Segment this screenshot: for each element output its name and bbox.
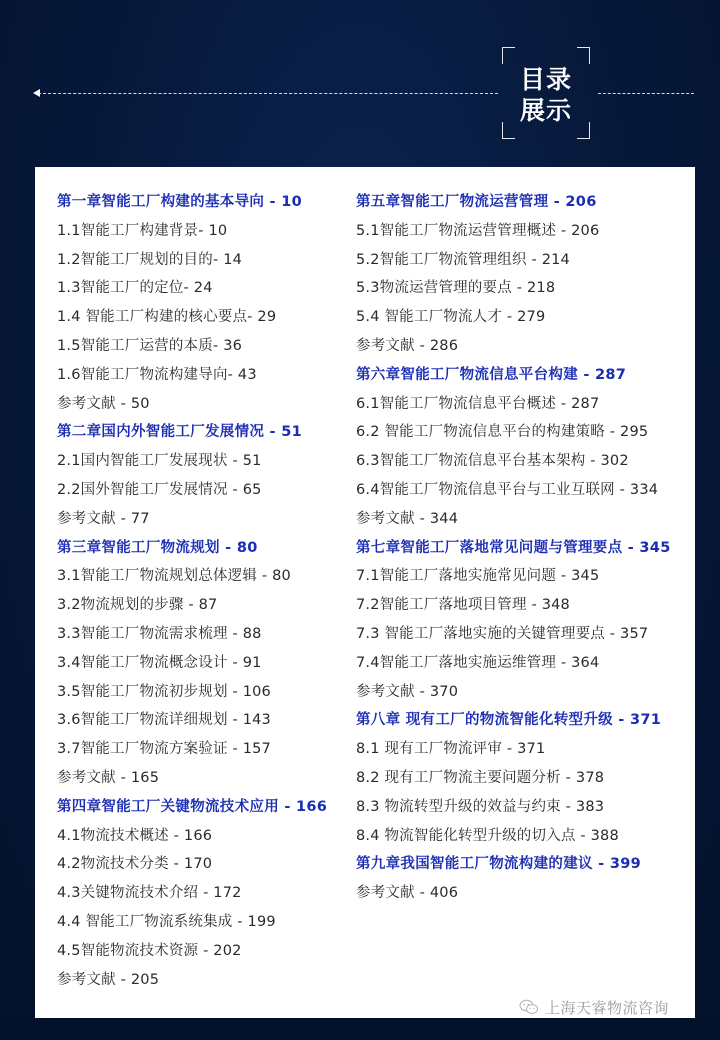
toc-section-item: 5.1智能工厂物流运营管理概述 - 206: [356, 217, 691, 246]
toc-section-item: 4.5智能物流技术资源 - 202: [57, 937, 357, 966]
toc-section-item: 3.3智能工厂物流需求梳理 - 88: [57, 620, 357, 649]
toc-section-item: 6.2 智能工厂物流信息平台的构建策略 - 295: [356, 418, 691, 447]
toc-section-item: 8.3 物流转型升级的效益与约束 - 383: [356, 793, 691, 822]
toc-chapter-heading: 第八章 现有工厂的物流智能化转型升级 - 371: [356, 706, 691, 735]
toc-section-item: 4.3关键物流技术介绍 - 172: [57, 879, 357, 908]
toc-section-item: 参考文献 - 205: [57, 966, 357, 995]
toc-section-item: 7.2智能工厂落地项目管理 - 348: [356, 591, 691, 620]
toc-section-item: 4.2物流技术分类 - 170: [57, 850, 357, 879]
toc-chapter-heading: 第六章智能工厂物流信息平台构建 - 287: [356, 361, 691, 390]
bracket-corner-icon: [577, 47, 590, 64]
toc-section-item: 5.4 智能工厂物流人才 - 279: [356, 303, 691, 332]
toc-section-item: 4.1物流技术概述 - 166: [57, 822, 357, 851]
toc-section-item: 8.4 物流智能化转型升级的切入点 - 388: [356, 822, 691, 851]
header: 目录 展示: [0, 0, 720, 167]
toc-section-item: 3.2物流规划的步骤 - 87: [57, 591, 357, 620]
toc-right-column: 第五章智能工厂物流运营管理 - 2065.1智能工厂物流运营管理概述 - 206…: [356, 188, 691, 908]
toc-section-item: 5.3物流运营管理的要点 - 218: [356, 274, 691, 303]
toc-section-item: 1.5智能工厂运营的本质- 36: [57, 332, 357, 361]
title-frame: 目录 展示: [502, 47, 590, 139]
toc-chapter-heading: 第一章智能工厂构建的基本导向 - 10: [57, 188, 357, 217]
toc-section-item: 2.2国外智能工厂发展情况 - 65: [57, 476, 357, 505]
toc-section-item: 3.7智能工厂物流方案验证 - 157: [57, 735, 357, 764]
toc-section-item: 2.1国内智能工厂发展现状 - 51: [57, 447, 357, 476]
toc-chapter-heading: 第四章智能工厂关键物流技术应用 - 166: [57, 793, 357, 822]
toc-section-item: 参考文献 - 344: [356, 505, 691, 534]
page-title-line1: 目录: [502, 64, 590, 95]
dashed-divider-right: [598, 93, 694, 94]
toc-chapter-heading: 第九章我国智能工厂物流构建的建议 - 399: [356, 850, 691, 879]
toc-section-item: 1.4 智能工厂构建的核心要点- 29: [57, 303, 357, 332]
toc-section-item: 7.3 智能工厂落地实施的关键管理要点 - 357: [356, 620, 691, 649]
toc-section-item: 1.1智能工厂构建背景- 10: [57, 217, 357, 246]
bracket-corner-icon: [502, 47, 515, 64]
toc-section-item: 参考文献 - 77: [57, 505, 357, 534]
toc-section-item: 1.6智能工厂物流构建导向- 43: [57, 361, 357, 390]
toc-section-item: 参考文献 - 370: [356, 678, 691, 707]
toc-section-item: 6.4智能工厂物流信息平台与工业互联网 - 334: [356, 476, 691, 505]
wechat-icon: [519, 999, 539, 1015]
toc-chapter-heading: 第三章智能工厂物流规划 - 80: [57, 534, 357, 563]
toc-section-item: 4.4 智能工厂物流系统集成 - 199: [57, 908, 357, 937]
toc-section-item: 3.6智能工厂物流详细规划 - 143: [57, 706, 357, 735]
toc-section-item: 参考文献 - 50: [57, 390, 357, 419]
toc-section-item: 8.1 现有工厂物流评审 - 371: [356, 735, 691, 764]
toc-section-item: 7.4智能工厂落地实施运维管理 - 364: [356, 649, 691, 678]
watermark-text: 上海天睿物流咨询: [545, 997, 669, 1018]
toc-left-column: 第一章智能工厂构建的基本导向 - 101.1智能工厂构建背景- 101.2智能工…: [57, 188, 357, 994]
toc-section-item: 参考文献 - 286: [356, 332, 691, 361]
toc-section-item: 参考文献 - 165: [57, 764, 357, 793]
toc-section-item: 1.3智能工厂的定位- 24: [57, 274, 357, 303]
toc-section-item: 8.2 现有工厂物流主要问题分析 - 378: [356, 764, 691, 793]
toc-chapter-heading: 第七章智能工厂落地常见问题与管理要点 - 345: [356, 534, 691, 563]
toc-section-item: 3.1智能工厂物流规划总体逻辑 - 80: [57, 562, 357, 591]
toc-section-item: 3.4智能工厂物流概念设计 - 91: [57, 649, 357, 678]
bottom-band: [0, 1018, 720, 1040]
toc-section-item: 6.3智能工厂物流信息平台基本架构 - 302: [356, 447, 691, 476]
watermark: 上海天睿物流咨询: [519, 996, 669, 1018]
toc-section-item: 3.5智能工厂物流初步规划 - 106: [57, 678, 357, 707]
toc-section-item: 6.1智能工厂物流信息平台概述 - 287: [356, 390, 691, 419]
page-title: 目录 展示: [502, 64, 590, 126]
dashed-divider-left: [38, 93, 498, 94]
toc-section-item: 参考文献 - 406: [356, 879, 691, 908]
toc-chapter-heading: 第二章国内外智能工厂发展情况 - 51: [57, 418, 357, 447]
toc-section-item: 7.1智能工厂落地实施常见问题 - 345: [356, 562, 691, 591]
toc-section-item: 1.2智能工厂规划的目的- 14: [57, 246, 357, 275]
toc-chapter-heading: 第五章智能工厂物流运营管理 - 206: [356, 188, 691, 217]
page-title-line2: 展示: [502, 95, 590, 126]
toc-panel: 第一章智能工厂构建的基本导向 - 101.1智能工厂构建背景- 101.2智能工…: [35, 167, 695, 1018]
toc-section-item: 5.2智能工厂物流管理组织 - 214: [356, 246, 691, 275]
